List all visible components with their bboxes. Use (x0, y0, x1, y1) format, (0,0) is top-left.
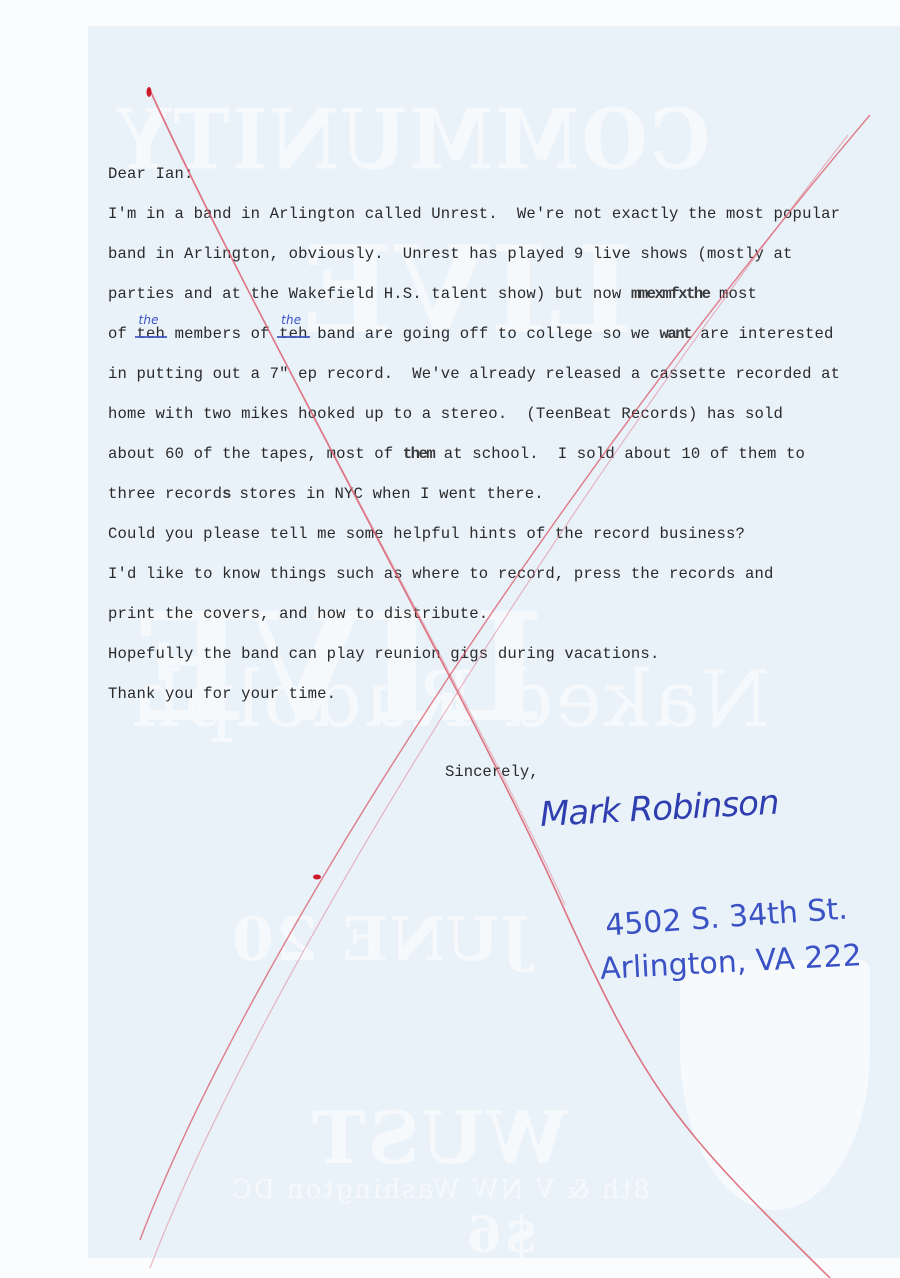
letter-line: three records stores in NYC when I went … (108, 483, 544, 505)
typo-corrected: theteh (137, 325, 166, 343)
ghost-poster-address: 8th & V NW Washington DC (230, 1175, 650, 1205)
ghost-poster-price: $6 (465, 1205, 539, 1264)
typed-strikeout: s (222, 485, 230, 503)
handwritten-correction: the (139, 309, 159, 331)
letter-line: in putting out a 7" ep record. We've alr… (108, 363, 840, 385)
letter-line: print the covers, and how to distribute. (108, 603, 488, 625)
typed-strikeout: want (659, 325, 690, 343)
letter-page: COMMUNITY LIVE LIVE Naked Rudolph JUNE 2… (0, 0, 900, 1278)
ghost-poster-venue: WUST (310, 1095, 567, 1180)
typed-strikeout: them (403, 445, 434, 463)
typo-corrected: theteh (279, 325, 308, 343)
letter-line: I'd like to know things such as where to… (108, 563, 774, 585)
letter-line: Hopefully the band can play reunion gigs… (108, 643, 659, 665)
salutation: Dear Ian: (108, 163, 194, 185)
letter-line: Thank you for your time. (108, 683, 336, 705)
closing: Sincerely, (445, 763, 539, 781)
letter-line: band in Arlington, obviously. Unrest has… (108, 243, 793, 265)
letter-line: Could you please tell me some helpful hi… (108, 523, 745, 545)
ghost-poster-headline: COMMUNITY (115, 91, 710, 189)
ghost-poster-date: JUNE 20 (230, 905, 530, 975)
handwritten-correction: the (281, 309, 301, 331)
typed-strikeout: mmexmfxthe (631, 285, 710, 303)
letter-line: of theteh members of theteh band are goi… (108, 323, 834, 345)
letter-line: parties and at the Wakefield H.S. talent… (108, 283, 757, 305)
letter-line: about 60 of the tapes, most of them at s… (108, 443, 805, 465)
letter-line: home with two mikes hooked up to a stere… (108, 403, 783, 425)
letter-line: I'm in a band in Arlington called Unrest… (108, 203, 840, 225)
